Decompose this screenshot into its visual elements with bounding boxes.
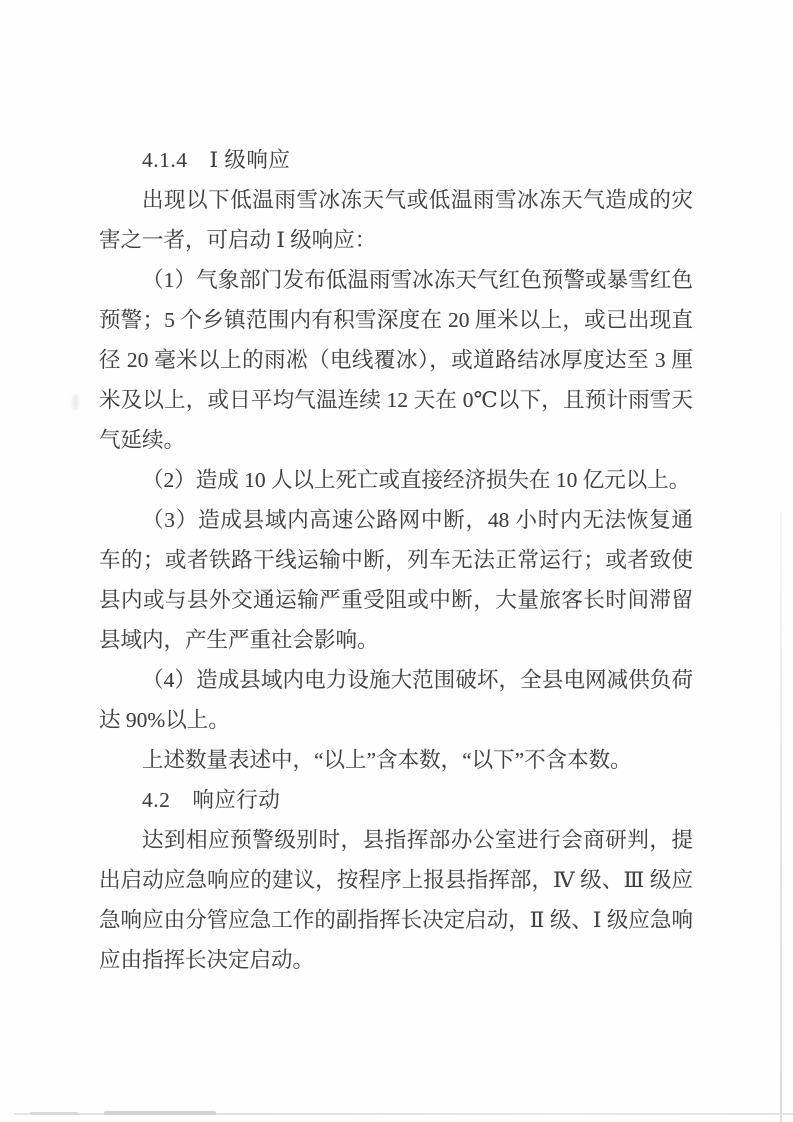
paragraph-level1-trigger-intro: 出现以下低温雨雪冰冻天气或低温雨雪冰冻天气造成的灾害之一者，可启动 Ⅰ 级响应： [99, 180, 693, 260]
document-body: 4.1.4 Ⅰ 级响应 出现以下低温雨雪冰冻天气或低温雨雪冰冻天气造成的灾害之一… [99, 140, 693, 980]
paragraph-condition-2-casualties-losses: （2）造成 10 人以上死亡或直接经济损失在 10 亿元以上。 [99, 460, 693, 500]
scan-artifact-right-edge-line [780, 512, 782, 1122]
paragraph-condition-4-power-grid-damage: （4）造成县域内电力设施大范围破坏，全县电网减供负荷达 90%以上。 [99, 660, 693, 740]
section-heading-4-2-response-actions: 4.2 响应行动 [99, 780, 693, 820]
scan-artifact-bottom-shadow-mid [104, 1111, 216, 1115]
scan-artifact-bottom-shadow-left [30, 1112, 78, 1115]
paragraph-condition-1-weather-warning: （1）气象部门发布低温雨雪冰冻天气红色预警或暴雪红色预警；5 个乡镇范围内有积雪… [99, 260, 693, 460]
paragraph-response-activation-procedure: 达到相应预警级别时，县指挥部办公室进行会商研判，提出启动应急响应的建议，按程序上… [99, 820, 693, 980]
paragraph-condition-3-transport-disruption: （3）造成县域内高速公路网中断，48 小时内无法恢复通车的；或者铁路干线运输中断… [99, 500, 693, 660]
section-heading-4-1-4-level1-response: 4.1.4 Ⅰ 级响应 [99, 140, 693, 180]
paragraph-quantity-expression-note: 上述数量表述中，“以上”含本数，“以下”不含本数。 [99, 740, 693, 780]
scan-artifact-left-margin-smudge [72, 394, 79, 410]
document-page: 4.1.4 Ⅰ 级响应 出现以下低温雨雪冰冻天气或低温雨雪冰冻天气造成的灾害之一… [0, 0, 793, 1122]
